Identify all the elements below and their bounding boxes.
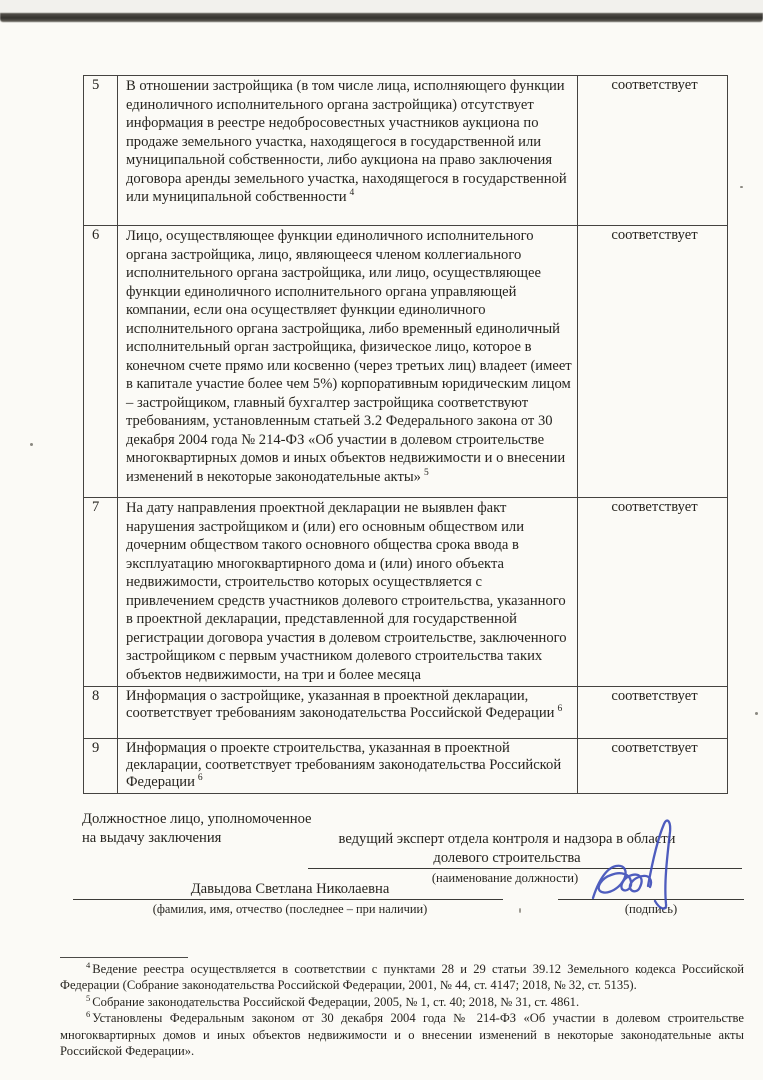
footnote-ref-sup: 4: [350, 188, 355, 198]
table-row: 7 На дату направления проектной декларац…: [84, 498, 728, 687]
footnote-text: Установлены Федеральным законом от 30 де…: [60, 1011, 744, 1058]
status-text: соответствует: [611, 499, 697, 515]
table-row: 6 Лицо, осуществляющее функции единоличн…: [84, 226, 728, 498]
footnote-text: Собрание законодательства Российской Фед…: [92, 995, 579, 1009]
official-name: Давыдова Светлана Николаевна: [75, 881, 505, 898]
row-text: Информация о проекте строительства, указ…: [126, 740, 561, 790]
table-row: 8 Информация о застройщике, указанная в …: [84, 687, 728, 739]
footnote-item: 5Собрание законодательства Российской Фе…: [60, 994, 744, 1010]
footnote-ref: 5: [86, 993, 90, 1003]
document-page: 5 В отношении застройщика (в том числе л…: [0, 0, 763, 1080]
scan-speck: [30, 443, 33, 446]
footnote-item: 6Установлены Федеральным законом от 30 д…: [60, 1010, 744, 1059]
row-number: 8: [84, 687, 118, 739]
footnote-ref: 6: [86, 1009, 90, 1019]
name-underline: [73, 899, 503, 900]
row-number: 5: [84, 76, 118, 226]
status-text: соответствует: [611, 77, 697, 93]
row-text-cell: Информация о застройщике, указанная в пр…: [118, 687, 578, 739]
name-caption: (фамилия, имя, отчество (последнее – при…: [75, 902, 505, 917]
status-cell: соответствует: [578, 739, 728, 794]
scan-speck: [740, 186, 743, 188]
status-text: соответствует: [611, 227, 697, 243]
footnote-ref-sup: 6: [557, 704, 562, 714]
footnote-ref-sup: 6: [198, 773, 203, 783]
status-text: соответствует: [611, 688, 697, 704]
official-label-line2: на выдачу заключения: [82, 830, 221, 847]
row-number: 9: [84, 739, 118, 794]
scan-top-strip: [0, 0, 763, 14]
status-text: соответствует: [611, 740, 697, 756]
row-text-cell: На дату направления проектной декларации…: [118, 498, 578, 687]
footnote-item: 4Ведение реестра осуществляется в соотве…: [60, 961, 744, 994]
row-text: Информация о застройщике, указанная в пр…: [126, 688, 554, 721]
row-text-cell: Лицо, осуществляющее функции единоличног…: [118, 226, 578, 498]
row-text-cell: Информация о проекте строительства, указ…: [118, 739, 578, 794]
row-number: 7: [84, 498, 118, 687]
row-text: Лицо, осуществляющее функции единоличног…: [126, 228, 572, 485]
row-text: На дату направления проектной декларации…: [126, 500, 567, 683]
footnote-ref: 4: [86, 960, 90, 970]
scan-speck: [755, 712, 758, 715]
row-text-cell: В отношении застройщика (в том числе лиц…: [118, 76, 578, 226]
footnote-separator: [60, 957, 188, 958]
table-row: 9 Информация о проекте строительства, ук…: [84, 739, 728, 794]
row-number: 6: [84, 226, 118, 498]
scan-edge-shadow: [0, 13, 763, 22]
table-row: 5 В отношении застройщика (в том числе л…: [84, 76, 728, 226]
scan-speck: [519, 908, 521, 913]
footnote-ref-sup: 5: [424, 468, 429, 478]
handwritten-signature: [585, 816, 695, 916]
footnote-text: Ведение реестра осуществляется в соответ…: [60, 962, 744, 992]
status-cell: соответствует: [578, 498, 728, 687]
status-cell: соответствует: [578, 687, 728, 739]
official-label-line1: Должностное лицо, уполномоченное: [82, 811, 312, 828]
compliance-table: 5 В отношении застройщика (в том числе л…: [83, 75, 728, 794]
footnotes: 4Ведение реестра осуществляется в соотве…: [60, 961, 744, 1059]
row-text: В отношении застройщика (в том числе лиц…: [126, 78, 567, 205]
status-cell: соответствует: [578, 226, 728, 498]
status-cell: соответствует: [578, 76, 728, 226]
